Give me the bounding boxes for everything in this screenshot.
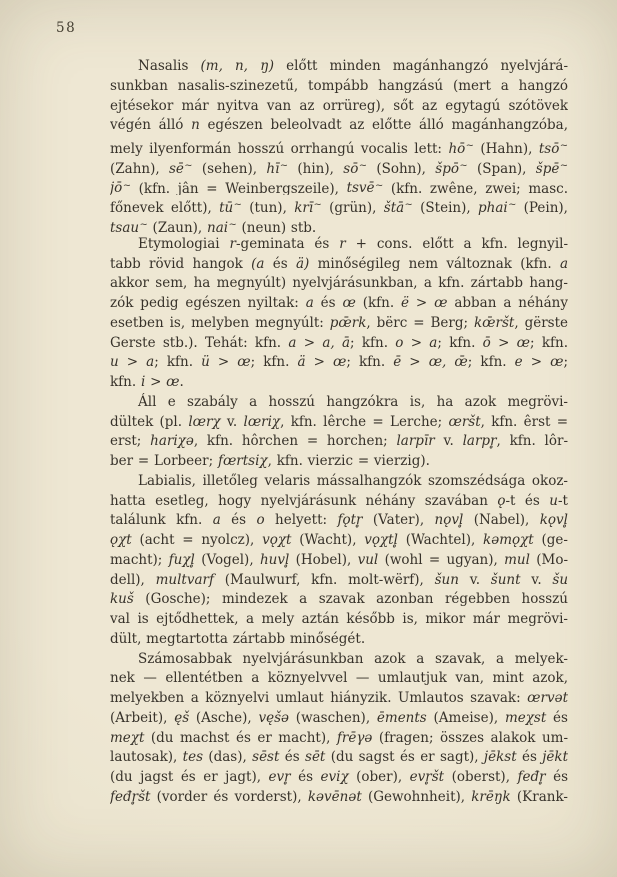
text-line: (Zahn), sē~ (sehen), hī~ (hin), sō~ (Soh… <box>110 156 568 176</box>
dialect-form-text: fuχl̥ <box>169 552 195 568</box>
body-text: (Stein), <box>413 200 478 215</box>
text-line: ber = Lorbeer; fœrtsiχ, kfn. vierzic = v… <box>110 452 568 472</box>
body-text: Számosabbak nyelvjárásunkban azok a szav… <box>138 651 568 667</box>
body-text: (Maulwurf, kfn. molt-wërf), <box>214 572 435 588</box>
body-text: dült, megtartotta zártabb minőségét. <box>110 631 365 647</box>
body-text: sunkban nasalis-szinezetű, tompább hangz… <box>110 78 568 94</box>
body-text: + cons. előtt a kfn. legnyil- <box>346 236 568 252</box>
dialect-form-text: ō > œ <box>483 335 530 351</box>
paragraph: Áll e szabály a hosszú hangzókra is, ha … <box>110 393 568 472</box>
body-text: macht); <box>110 552 169 568</box>
body-text: ; kfn. <box>468 354 515 370</box>
body-text: és <box>291 769 321 785</box>
body-text: (acht = nyolcz), <box>132 532 262 548</box>
body-text: ; kfn. <box>350 335 395 351</box>
dialect-form-text: e > œ <box>515 354 564 370</box>
text-line: dült, megtartotta zártabb minőségét. <box>110 630 568 650</box>
text-line: kuš (Gosche); mindezek a szavak azonban … <box>110 590 568 610</box>
body-text: ; kfn. <box>346 354 393 370</box>
dialect-form-text: hō~ <box>448 141 473 156</box>
text-line: mely ilyenformán hosszú orrhangú vocalis… <box>110 136 568 156</box>
dialect-form-text: feđr̥ <box>518 769 546 785</box>
dialect-form-text: špō~ <box>435 161 467 176</box>
body-text: (hin), <box>288 161 343 176</box>
nasal-tilde-mark: ~ <box>459 156 467 176</box>
dialect-form-text: (a <box>251 256 264 272</box>
body-text: (Asche), <box>189 710 258 726</box>
nasal-tilde-mark: ~ <box>123 176 131 196</box>
dialect-form-text: a <box>213 512 221 528</box>
body-text: (Ameise), <box>427 710 505 726</box>
dialect-form-text: krī~ <box>294 200 322 215</box>
dialect-form-text: nai~ <box>207 220 237 235</box>
dialect-form-text: kəmǫχt <box>483 532 534 548</box>
body-text: erst; <box>110 433 150 449</box>
body-text: (ober), <box>349 769 410 785</box>
body-text: ber = Lorbeer; <box>110 453 218 469</box>
text-line: találunk kfn. a és o helyett: fǫtr̥ (Vat… <box>110 511 568 531</box>
nasal-tilde-mark: ~ <box>234 195 242 215</box>
text-line: feđr̥št (vorder és vorderst), kəvēnət (G… <box>110 788 568 808</box>
dialect-form-text: phai~ <box>478 200 516 215</box>
dialect-form-text: špē~ <box>536 161 568 176</box>
body-text: kfn. <box>110 374 141 390</box>
dialect-form-text: šunt <box>491 572 521 588</box>
body-text: v. <box>435 433 463 449</box>
body-text: egészen beleolvadt az előtte álló magánh… <box>200 117 568 133</box>
dialect-form-text: tsō~ <box>539 141 568 156</box>
body-text: -t <box>558 493 568 509</box>
body-text: és <box>279 749 305 765</box>
dialect-form-text: œ <box>434 295 447 311</box>
body-text: végén álló <box>110 117 191 133</box>
dialect-form-text: kœ̄ršt <box>474 315 514 331</box>
dialect-form-text: sē~ <box>169 161 193 176</box>
body-text: (Gosche); mindezek a szavak azonban rége… <box>110 591 568 610</box>
dialect-form-text: jēkt <box>542 749 568 765</box>
dialect-form-text: u > a <box>110 354 154 370</box>
text-line: Áll e szabály a hosszú hangzókra is, ha … <box>110 393 568 413</box>
dialect-form-text: (m, n, ŋ) <box>201 58 275 74</box>
text-line: hatta esetleg, hogy nyelvjárásunk néhány… <box>110 492 568 512</box>
body-text: -geminata és <box>236 236 339 252</box>
body-text: v. <box>459 572 491 588</box>
dialect-form-text: vul <box>358 552 379 568</box>
body-text: ; <box>563 354 568 370</box>
body-text: ; kfn. <box>437 335 482 351</box>
body-text: Labialis, illetőleg velaris mássalhangzó… <box>138 473 568 489</box>
nasal-tilde-mark: ~ <box>184 156 192 176</box>
dialect-form-text: i > œ <box>141 374 180 390</box>
body-text: , kfn. vierzic = vierzig). <box>268 453 430 469</box>
text-line: tsau~ (Zaun), nai~ (neun) stb. <box>110 215 568 235</box>
text-line: végén álló n egészen beleolvadt az előtt… <box>110 116 568 136</box>
body-text: , kfn. êrst = <box>481 414 568 430</box>
body-text: (Vater), <box>362 512 434 528</box>
body-text: találunk kfn. <box>110 512 213 528</box>
nasal-tilde-mark: ~ <box>229 215 237 235</box>
body-text: , kfn. lôr- <box>497 433 568 449</box>
dialect-form-text: larpr̥ <box>463 433 497 449</box>
body-text: (du jagst és er jagt), <box>110 769 269 785</box>
text-line: Etymologiai r-geminata és r + cons. előt… <box>110 235 568 255</box>
body-text: (du sagst és er sagt), <box>325 749 484 765</box>
body-text: és <box>221 512 257 528</box>
dialect-form-text: larpīr <box>396 433 434 449</box>
dialect-form-text: lœriχ <box>244 414 281 430</box>
body-text: esetben is, melyben megnyúlt: <box>110 315 330 331</box>
dialect-form-text: tes <box>183 749 203 765</box>
body-text: (kfn. zwêne, zwei; masc. <box>383 180 568 195</box>
text-line: zók pedig egészen nyiltak: a és œ (kfn. … <box>110 294 568 314</box>
dialect-form-text: meχst <box>505 710 546 726</box>
dialect-form-text: n <box>191 117 200 133</box>
body-text: (ge- <box>534 532 568 548</box>
nasal-tilde-mark: ~ <box>375 176 383 196</box>
body-text: (Arbeit), <box>110 710 174 726</box>
dialect-form-text: jēkst <box>484 749 517 765</box>
body-text: Áll e szabály a hosszú hangzókra is, ha … <box>138 394 568 410</box>
text-line: melyekben a köznyelvi umlaut hiányzik. U… <box>110 689 568 709</box>
dialect-form-text: nǫvl̥ <box>435 512 464 528</box>
body-text: dell), <box>110 572 156 588</box>
text-line: esetben is, melyben megnyúlt: pœ̄rk, bër… <box>110 314 568 334</box>
dialect-form-text: frēγə <box>337 730 373 746</box>
dialect-form-text: evr̥ <box>269 769 291 785</box>
text-line: Számosabbak nyelvjárásunkban azok a szav… <box>110 650 568 670</box>
dialect-form-text: fǫtr̥ <box>337 512 362 528</box>
nasal-tilde-mark: ~ <box>140 215 148 235</box>
nasal-tilde-mark: ~ <box>560 136 568 156</box>
dialect-form-text: œršt <box>448 414 480 430</box>
body-text: . <box>180 374 184 390</box>
body-text: melyekben a köznyelvi umlaut hiányzik. U… <box>110 690 527 706</box>
dialect-form-text: ǫχt <box>110 532 132 548</box>
page-number: 58 <box>56 20 76 36</box>
dialect-form-text: tsau~ <box>110 220 148 235</box>
text-line: sunkban nasalis-szinezetű, tompább hangz… <box>110 77 568 97</box>
body-text: (sehen), <box>193 161 267 176</box>
body-text: dültek (pl. <box>110 414 188 430</box>
body-text: (kfn. jân = Weinbergszeile), <box>131 180 347 195</box>
body-text: (neun) stb. <box>237 220 316 235</box>
body-text: (das), <box>203 749 252 765</box>
dialect-form-text: fœrtsiχ <box>218 453 268 469</box>
body-text: (Gewohnheit), <box>362 789 471 805</box>
body-text: -t és <box>505 493 549 509</box>
body-text: ; kfn. <box>154 354 201 370</box>
text-line: dültek (pl. lœrχ v. lœriχ, kfn. lêrche =… <box>110 413 568 433</box>
dialect-form-text: šun <box>435 572 459 588</box>
dialect-form-text: eviχ <box>321 769 349 785</box>
dialect-form-text: kəvēnət <box>308 789 362 805</box>
body-text: (Zaun), <box>148 220 207 235</box>
body-text: akkor sem, ha megnyúlt) nyelvjárásunkban… <box>110 275 568 291</box>
body-text: (waschen), <box>289 710 377 726</box>
text-line: tabb rövid hangok (a és ä) minőségileg n… <box>110 255 568 275</box>
dialect-form-text: kuš <box>110 591 134 607</box>
body-text: hatta esetleg, hogy nyelvjárásunk néhány… <box>110 493 497 509</box>
body-text: Etymologiai <box>138 236 230 252</box>
body-text: (Pein), <box>516 200 568 215</box>
body-text: előtt minden magánhangzó nyelvjárá- <box>274 58 568 74</box>
dialect-form-text: vǫχtl̥ <box>364 532 398 548</box>
dialect-form-text: štā~ <box>384 200 413 215</box>
text-line: erst; hariχə, kfn. hôrchen = horchen; la… <box>110 432 568 452</box>
body-text: és <box>264 256 295 272</box>
body-text: tabb rövid hangok <box>110 256 251 272</box>
text-line: macht); fuχl̥ (Vogel), huvl̥ (Hobel), vu… <box>110 551 568 571</box>
body-text: (Hobel), <box>289 552 357 568</box>
dialect-form-text: a <box>560 256 568 272</box>
body-text: helyett: <box>265 512 338 528</box>
dialect-form-text: a <box>306 295 314 311</box>
body-text: ejtésekor már nyitva van az orrüreg), ső… <box>110 98 568 114</box>
dialect-form-text: ë <box>401 295 409 311</box>
dialect-form-text: tū~ <box>219 200 242 215</box>
dialect-form-text: krēŋk <box>471 789 511 805</box>
text-line: Labialis, illetőleg velaris mássalhangzó… <box>110 472 568 492</box>
dialect-form-text: evr̥št <box>410 769 444 785</box>
dialect-form-text: jō~ <box>110 180 131 195</box>
dialect-form-text: hī~ <box>266 161 288 176</box>
dialect-form-text: u <box>549 493 558 509</box>
dialect-form-text: o <box>256 512 264 528</box>
body-text: , kfn. hôrchen = horchen; <box>194 433 397 449</box>
body-text: lautosak), <box>110 749 183 765</box>
dialect-form-text: feđr̥št <box>110 789 150 805</box>
body-text: , kfn. lêrche = Lerche; <box>280 414 448 430</box>
body-text: (Zahn), <box>110 161 169 176</box>
dialect-form-text: šu <box>552 572 568 588</box>
dialect-form-text: ęš <box>174 710 189 726</box>
body-text: és <box>517 749 543 765</box>
body-text: (Sohn), <box>367 161 435 176</box>
page-body-text: Nasalis (m, n, ŋ) előtt minden magánhang… <box>110 57 568 808</box>
dialect-form-text: œrvət <box>527 690 568 706</box>
dialect-form-text: tsvē~ <box>347 180 384 195</box>
body-text: (Wacht), <box>291 532 364 548</box>
body-text: v. <box>521 572 553 588</box>
text-line: ǫχt (acht = nyolcz), vǫχt (Wacht), vǫχtl… <box>110 531 568 551</box>
body-text: (kfn. <box>356 295 401 311</box>
body-text: > <box>409 295 434 311</box>
body-text: v. <box>221 414 244 430</box>
dialect-form-text: sēst <box>252 749 279 765</box>
dialect-form-text: mul <box>504 552 530 568</box>
body-text: mely ilyenformán hosszú orrhangú vocalis… <box>110 141 448 156</box>
dialect-form-text: sō~ <box>343 161 367 176</box>
paragraph: Etymologiai r-geminata és r + cons. előt… <box>110 235 568 393</box>
paragraph: Labialis, illetőleg velaris mássalhangzó… <box>110 472 568 650</box>
text-line: Gerste stb.). Tehát: kfn. a > a, ā; kfn.… <box>110 334 568 354</box>
body-text: ; kfn. <box>251 354 298 370</box>
text-line: u > a; kfn. ü > œ; kfn. ä > œ; kfn. ē > … <box>110 353 568 373</box>
body-text: és <box>546 769 568 785</box>
body-text: (du machst és er macht), <box>144 730 337 746</box>
body-text: (tun), <box>242 200 294 215</box>
text-line: nek — ellentétben a köznyelvvel — umlaut… <box>110 669 568 689</box>
dialect-form-text: sēt <box>305 749 325 765</box>
body-text: (Mo- <box>530 552 568 568</box>
dialect-form-text: vǫχt <box>262 532 291 548</box>
nasal-tilde-mark: ~ <box>280 156 288 176</box>
body-text: Nasalis <box>138 58 201 74</box>
dialect-form-text: multvarf <box>156 572 214 588</box>
dialect-form-text: hariχə <box>150 433 194 449</box>
body-text: minőségileg nem változnak (kfn. <box>309 256 560 272</box>
body-text: (Wachtel), <box>398 532 483 548</box>
nasal-tilde-mark: ~ <box>314 195 322 215</box>
dialect-form-text: kǫvl̥ <box>540 512 568 528</box>
body-text: zók pedig egészen nyiltak: <box>110 295 306 311</box>
body-text: (grün), <box>322 200 384 215</box>
body-text: (Krank- <box>511 789 568 805</box>
body-text: (Hahn), <box>474 141 539 156</box>
dialect-form-text: œ <box>342 295 355 311</box>
body-text: és <box>314 295 343 311</box>
text-line: dell), multvarf (Maulwurf, kfn. molt-wër… <box>110 571 568 591</box>
paragraph: Számosabbak nyelvjárásunkban azok a szav… <box>110 650 568 808</box>
body-text: főnevek előtt), <box>110 200 219 215</box>
dialect-form-text: pœ̄rk <box>330 315 367 331</box>
body-text: Gerste stb.). Tehát: kfn. <box>110 335 288 351</box>
text-line: ejtésekor már nyitva van az orrüreg), ső… <box>110 97 568 117</box>
dialect-form-text: ü > œ <box>201 354 251 370</box>
nasal-tilde-mark: ~ <box>405 195 413 215</box>
text-line: akkor sem, ha megnyúlt) nyelvjárásunkban… <box>110 274 568 294</box>
text-line: (Arbeit), ęš (Asche), vęšə (waschen), ēm… <box>110 709 568 729</box>
body-text: ; kfn. <box>530 335 568 351</box>
body-text: , bërc = Berg; <box>366 315 474 331</box>
body-text: (fragen; összes alakok um- <box>372 730 568 746</box>
dialect-form-text: ēments <box>377 710 427 726</box>
body-text: abban a néhány <box>447 295 568 311</box>
nasal-tilde-mark: ~ <box>466 136 474 156</box>
text-line: (du jagst és er jagt), evr̥ és eviχ (obe… <box>110 768 568 788</box>
paragraph: Nasalis (m, n, ŋ) előtt minden magánhang… <box>110 57 568 235</box>
text-line: jō~ (kfn. jân = Weinbergszeile), tsvē~ (… <box>110 176 568 196</box>
text-line: kfn. i > œ. <box>110 373 568 393</box>
dialect-form-text: lœrχ <box>188 414 220 430</box>
nasal-tilde-mark: ~ <box>359 156 367 176</box>
body-text: (wohl = ugyan), <box>378 552 504 568</box>
body-text: (Vogel), <box>195 552 260 568</box>
dialect-form-text: ä) <box>296 256 309 272</box>
text-line: lautosak), tes (das), sēst és sēt (du sa… <box>110 748 568 768</box>
text-line: főnevek előtt), tū~ (tun), krī~ (grün), … <box>110 195 568 215</box>
dialect-form-text: a > a, ā <box>288 335 350 351</box>
dialect-form-text: huvl̥ <box>260 552 289 568</box>
dialect-form-text: ä > œ <box>297 354 346 370</box>
text-line: val is ejtődhettek, a mely aztán később … <box>110 610 568 630</box>
text-line: Nasalis (m, n, ŋ) előtt minden magánhang… <box>110 57 568 77</box>
body-text: (vorder és vorderst), <box>150 789 307 805</box>
nasal-tilde-mark: ~ <box>560 156 568 176</box>
dialect-form-text: meχt <box>110 730 144 746</box>
body-text: (Nabel), <box>463 512 539 528</box>
body-text: (oberst), <box>444 769 517 785</box>
body-text: val is ejtődhettek, a mely aztán később … <box>110 611 568 627</box>
dialect-form-text: ē > œ, œ̄ <box>393 354 468 370</box>
body-text: (Span), <box>468 161 536 176</box>
dialect-form-text: o > a <box>395 335 437 351</box>
body-text: nek — ellentétben a köznyelvvel — umlaut… <box>110 670 568 686</box>
dialect-form-text: vęšə <box>258 710 289 726</box>
body-text: és <box>546 710 568 726</box>
text-line: meχt (du machst és er macht), frēγə (fra… <box>110 729 568 749</box>
